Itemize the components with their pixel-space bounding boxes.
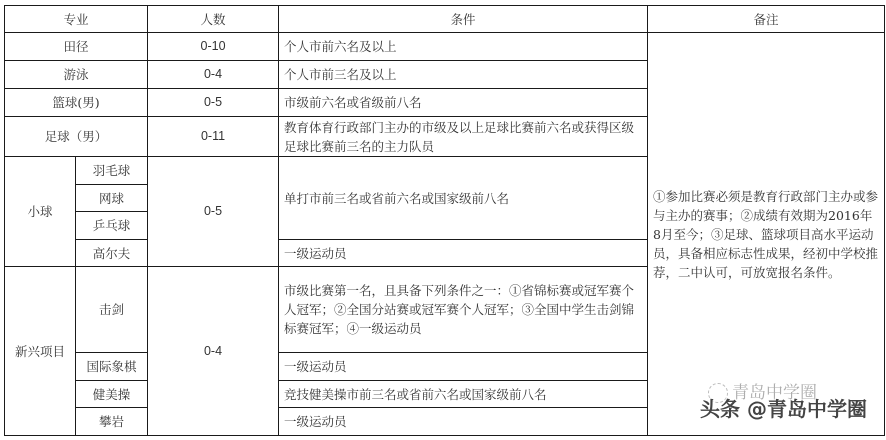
header-row: 专业 人数 条件 备注 bbox=[5, 6, 885, 33]
sub-item-badminton: 羽毛球 bbox=[76, 157, 148, 185]
admission-table: 专业 人数 条件 备注 田径 0-10 个人市前六名及以上 ①参加比赛必须是教育… bbox=[4, 5, 885, 436]
condition-cell: 一级运动员 bbox=[279, 408, 648, 436]
table-row: 田径 0-10 个人市前六名及以上 ①参加比赛必须是教育行政部门主办或参与主办的… bbox=[5, 33, 885, 61]
group-small-ball: 小球 bbox=[5, 157, 76, 267]
major-cell: 足球（男） bbox=[5, 117, 148, 157]
count-cell: 0-4 bbox=[148, 61, 279, 89]
count-cell: 0-5 bbox=[148, 89, 279, 117]
condition-cell: 一级运动员 bbox=[279, 240, 648, 267]
major-cell: 田径 bbox=[5, 33, 148, 61]
condition-cell: 市级比赛第一名，且具备下列条件之一：①省锦标赛或冠军赛个人冠军；②全国分站赛或冠… bbox=[279, 267, 648, 353]
condition-cell: 单打市前三名或省前六名或国家级前八名 bbox=[279, 157, 648, 240]
count-cell: 0-4 bbox=[148, 267, 279, 436]
sub-item-fencing: 击剑 bbox=[76, 267, 148, 353]
sub-item-table-tennis: 乒乓球 bbox=[76, 212, 148, 240]
condition-cell: 个人市前六名及以上 bbox=[279, 33, 648, 61]
sub-item-tennis: 网球 bbox=[76, 185, 148, 212]
sub-item-golf: 高尔夫 bbox=[76, 240, 148, 267]
sub-item-aerobics: 健美操 bbox=[76, 381, 148, 408]
remark-cell: ①参加比赛必须是教育行政部门主办或参与主办的赛事；②成绩有效期为2016年8月至… bbox=[648, 33, 885, 436]
condition-cell: 个人市前三名及以上 bbox=[279, 61, 648, 89]
condition-cell: 竞技健美操市前三名或省前六名或国家级前八名 bbox=[279, 381, 648, 408]
sub-item-climbing: 攀岩 bbox=[76, 408, 148, 436]
count-cell: 0-5 bbox=[148, 157, 279, 267]
major-cell: 游泳 bbox=[5, 61, 148, 89]
header-remark: 备注 bbox=[648, 6, 885, 33]
condition-cell: 教育体育行政部门主办的市级及以上足球比赛前六名或获得区级足球比赛前三名的主力队员 bbox=[279, 117, 648, 157]
sub-item-chess: 国际象棋 bbox=[76, 353, 148, 381]
count-cell: 0-11 bbox=[148, 117, 279, 157]
header-count: 人数 bbox=[148, 6, 279, 33]
count-cell: 0-10 bbox=[148, 33, 279, 61]
group-emerging: 新兴项目 bbox=[5, 267, 76, 436]
condition-cell: 一级运动员 bbox=[279, 353, 648, 381]
watermark: 头条 @青岛中学圈 bbox=[700, 393, 867, 422]
major-cell: 篮球(男) bbox=[5, 89, 148, 117]
header-condition: 条件 bbox=[279, 6, 648, 33]
condition-cell: 市级前六名或省级前八名 bbox=[279, 89, 648, 117]
header-major: 专业 bbox=[5, 6, 148, 33]
